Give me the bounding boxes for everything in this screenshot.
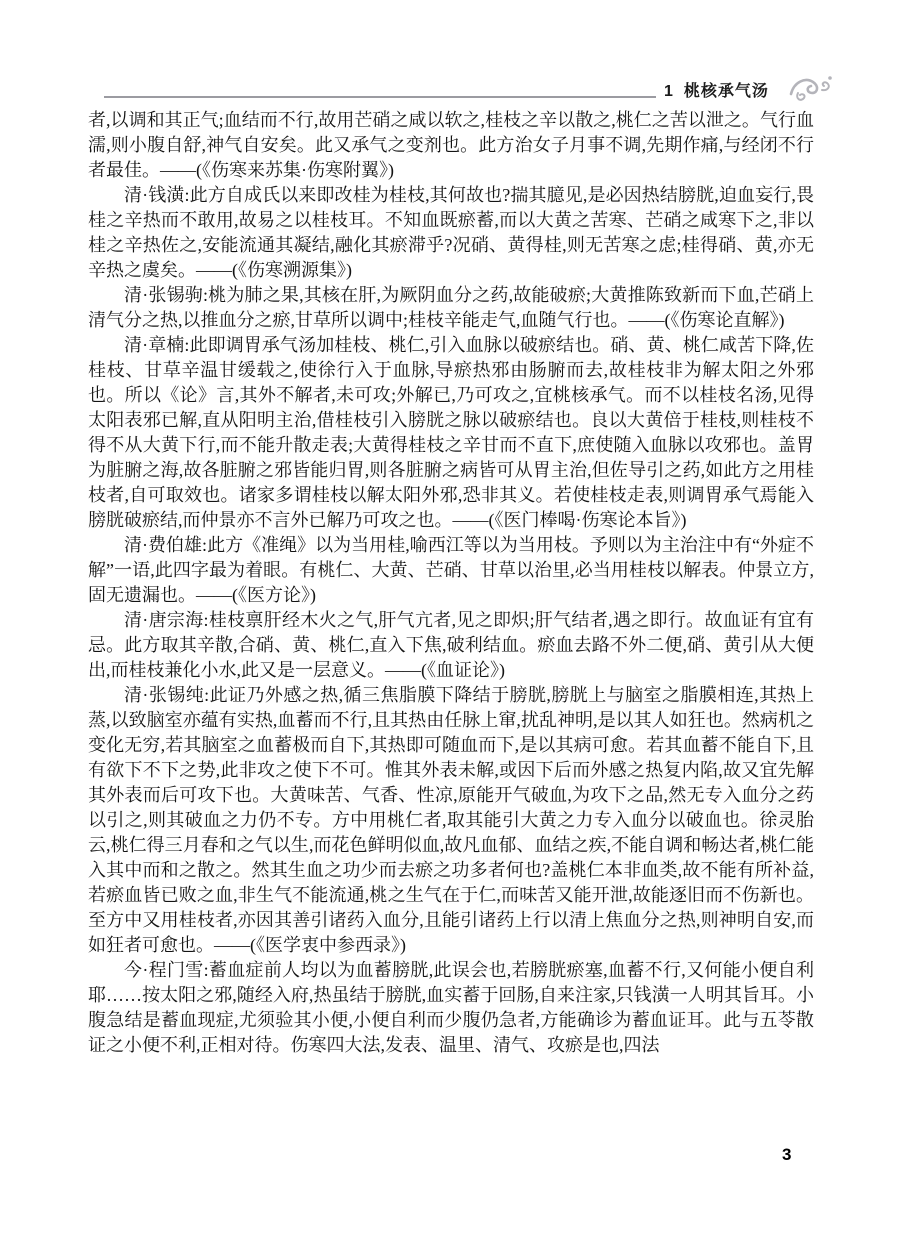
chapter-number: 1: [664, 83, 674, 100]
paragraph: 者,以调和其正气;血结而不行,故用芒硝之咸以软之,桂枝之辛以散之,桃仁之苦以泄之…: [88, 108, 814, 183]
paragraph: 清·张锡纯:此证乃外感之热,循三焦脂膜下降结于膀胱,膀胱上与脑室之脂膜相连,其热…: [88, 683, 814, 958]
paragraph: 今·程门雪:蓄血症前人均以为血蓄膀胱,此误会也,若膀胱瘀塞,血蓄不行,又何能小便…: [88, 958, 814, 1058]
paragraph: 清·张锡驹:桃为肺之果,其核在肝,为厥阴血分之药,故能破瘀;大黄推陈致新而下血,…: [88, 283, 814, 333]
book-page: 1桃核承气汤 者,以调和其正气;血结而不行,故用芒硝之咸以软之,桂枝之辛以散之,…: [0, 0, 900, 1234]
paragraph: 清·钱潢:此方自成氏以来即改桂为桂枝,其何故也?揣其臆见,是必因热结膀胱,迫血妄…: [88, 183, 814, 283]
body-text: 者,以调和其正气;血结而不行,故用芒硝之咸以软之,桂枝之辛以散之,桃仁之苦以泄之…: [88, 108, 814, 1058]
paragraph: 清·费伯雄:此方《准绳》以为当用桂,喻西江等以为当用枝。予则以为主治注中有“外症…: [88, 533, 814, 608]
paragraph: 清·唐宗海:桂枝禀肝经木火之气,肝气亢者,见之即炽;肝气结者,遇之即行。故血证有…: [88, 608, 814, 683]
paragraph: 清·章楠:此即调胃承气汤加桂枝、桃仁,引入血脉以破瘀结也。硝、黄、桃仁咸苦下降,…: [88, 333, 814, 533]
page-number: 3: [782, 1145, 791, 1165]
running-head-rule: [104, 96, 656, 98]
chapter-title: 桃核承气汤: [684, 83, 769, 100]
flourish-ornament-icon: [788, 74, 834, 104]
